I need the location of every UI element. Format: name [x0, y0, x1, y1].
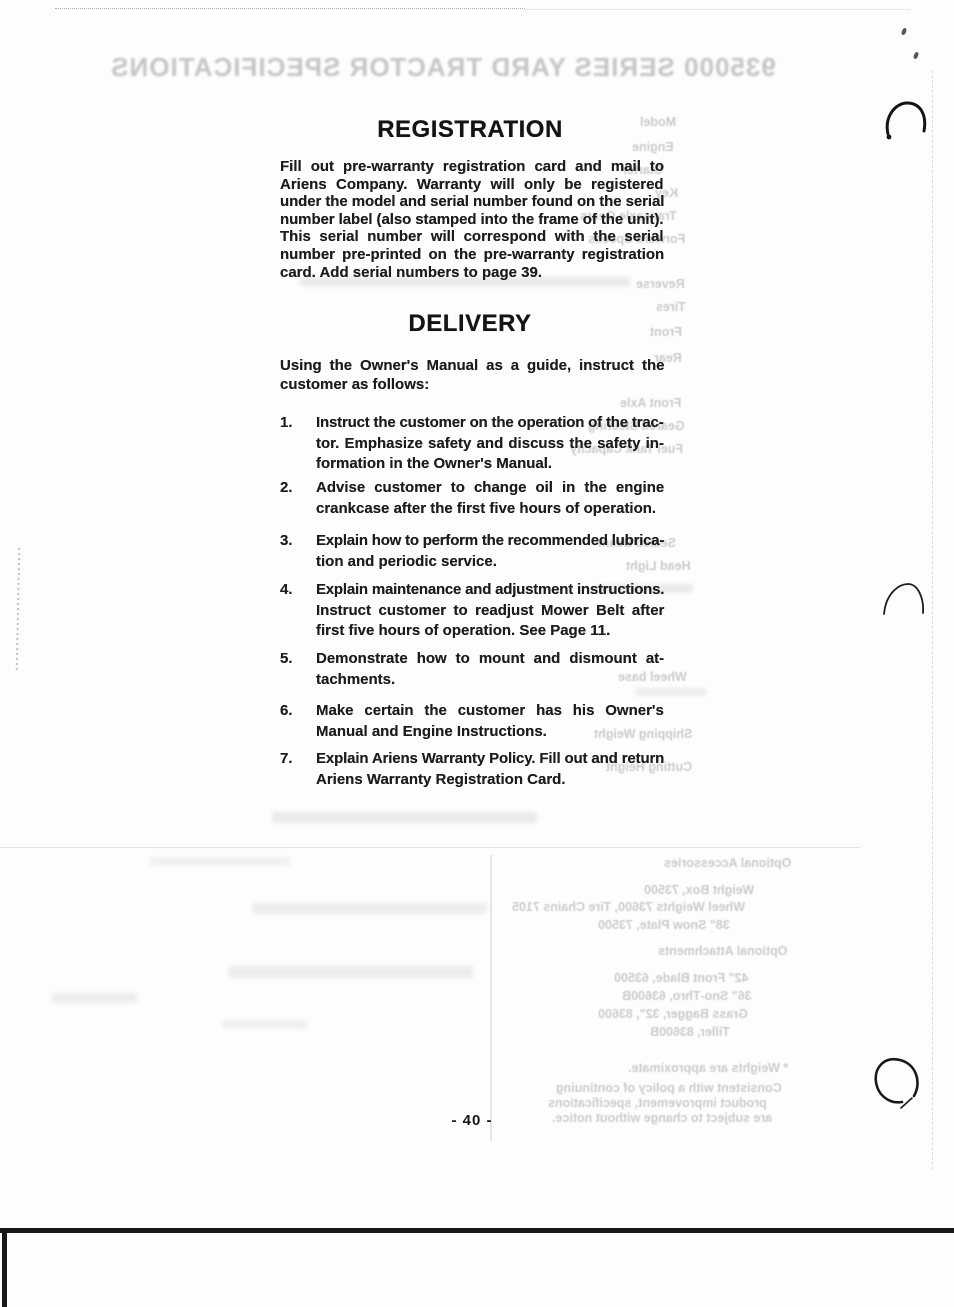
step-text: Explain Ariens Warranty Policy. Fill out… — [316, 749, 664, 790]
delivery-intro-paragraph: Using the Owner's Manual as a guide, ins… — [280, 356, 664, 394]
step-number: 4. — [280, 580, 293, 601]
bleed-spec-label: Front Axle — [620, 396, 681, 410]
bleed-smudge — [228, 966, 473, 978]
bleed-smudge — [52, 993, 137, 1003]
step-text: Explain how to perform the recommended l… — [316, 531, 664, 572]
delivery-step-4: 4. Explain maintenance and adjustment in… — [280, 580, 664, 642]
step-number: 6. — [280, 701, 293, 722]
ring-mark-bottom — [870, 1052, 930, 1114]
step-text: Advise customer to change oil in the eng… — [316, 478, 664, 519]
bleed-vertical-divider — [490, 855, 492, 1141]
step-number: 2. — [280, 478, 293, 499]
step-number: 3. — [280, 531, 293, 552]
ring-mark-middle — [878, 576, 930, 622]
right-margin-dashed-line — [932, 70, 933, 1170]
bleed-accessory-line: Optional Accessories — [664, 856, 791, 870]
bleed-footnote-line: Consistent with a policy of continuing — [556, 1081, 782, 1095]
left-margin-scratch-mark — [16, 548, 21, 673]
bleed-smudge — [252, 903, 487, 914]
page-number: - 40 - — [280, 1112, 664, 1129]
bleed-accessory-line: 36" Sno-Thro, 63600B — [622, 989, 752, 1003]
bleed-accessory-line: Weight Box, 73500 — [644, 883, 754, 897]
ink-speck — [913, 52, 919, 60]
step-number: 7. — [280, 749, 293, 770]
page-bottom-edge-line — [0, 1228, 954, 1233]
delivery-step-3: 3. Explain how to perform the recommende… — [280, 531, 664, 572]
bleed-footnote-line: product improvement, specifications — [548, 1096, 767, 1110]
delivery-step-5: 5. Demonstrate how to mount and dismount… — [280, 649, 664, 690]
ring-mark-top — [880, 98, 930, 156]
registration-title: REGISTRATION — [278, 116, 662, 144]
bleed-horizontal-rule — [0, 847, 860, 848]
registration-paragraph: Fill out pre-warranty registration card … — [280, 158, 664, 281]
bleed-smudge — [150, 857, 290, 866]
delivery-step-1: 1. Instruct the customer on the operatio… — [280, 413, 664, 475]
scan-top-rule-left — [55, 8, 525, 9]
bleed-header-text: 935000 SERIES YARD TRACTOR SPECIFICATION… — [88, 52, 798, 83]
bleed-accessory-line: Wheel Weights 73600, Tire Chains 7105 — [512, 900, 745, 914]
bleed-accessory-line: 42" Front Blade, 63500 — [614, 971, 748, 985]
bleed-accessory-line: Optional Attachments — [658, 944, 787, 958]
delivery-step-7: 7. Explain Ariens Warranty Policy. Fill … — [280, 749, 664, 790]
bleed-accessory-line: 38" Snow Plate, 73500 — [598, 918, 730, 932]
step-text: Explain maintenance and adjustment instr… — [316, 580, 664, 642]
bleed-accessory-line: Grass Bagger, 32", 83600 — [598, 1007, 748, 1021]
delivery-title: DELIVERY — [278, 310, 662, 338]
bleed-smudge — [272, 812, 537, 823]
delivery-step-6: 6. Make certain the customer has his Own… — [280, 701, 664, 742]
step-text: Make certain the customer has his Owner'… — [316, 701, 664, 742]
step-number: 1. — [280, 413, 293, 434]
delivery-step-2: 2. Advise customer to change oil in the … — [280, 478, 664, 519]
ink-speck — [901, 28, 907, 36]
step-text: Demonstrate how to mount and dismount at… — [316, 649, 664, 690]
scan-top-rule-right — [525, 9, 910, 10]
bleed-accessory-line: Tiller, 83600B — [650, 1025, 730, 1039]
step-text: Instruct the customer on the operation o… — [316, 413, 664, 475]
bleed-smudge — [222, 1020, 307, 1029]
step-number: 5. — [280, 649, 293, 670]
scanned-page: 935000 SERIES YARD TRACTOR SPECIFICATION… — [0, 0, 954, 1307]
page-bottom-left-edge-line — [2, 1230, 7, 1307]
bleed-footnote-line: * Weights are approximate. — [628, 1061, 788, 1075]
